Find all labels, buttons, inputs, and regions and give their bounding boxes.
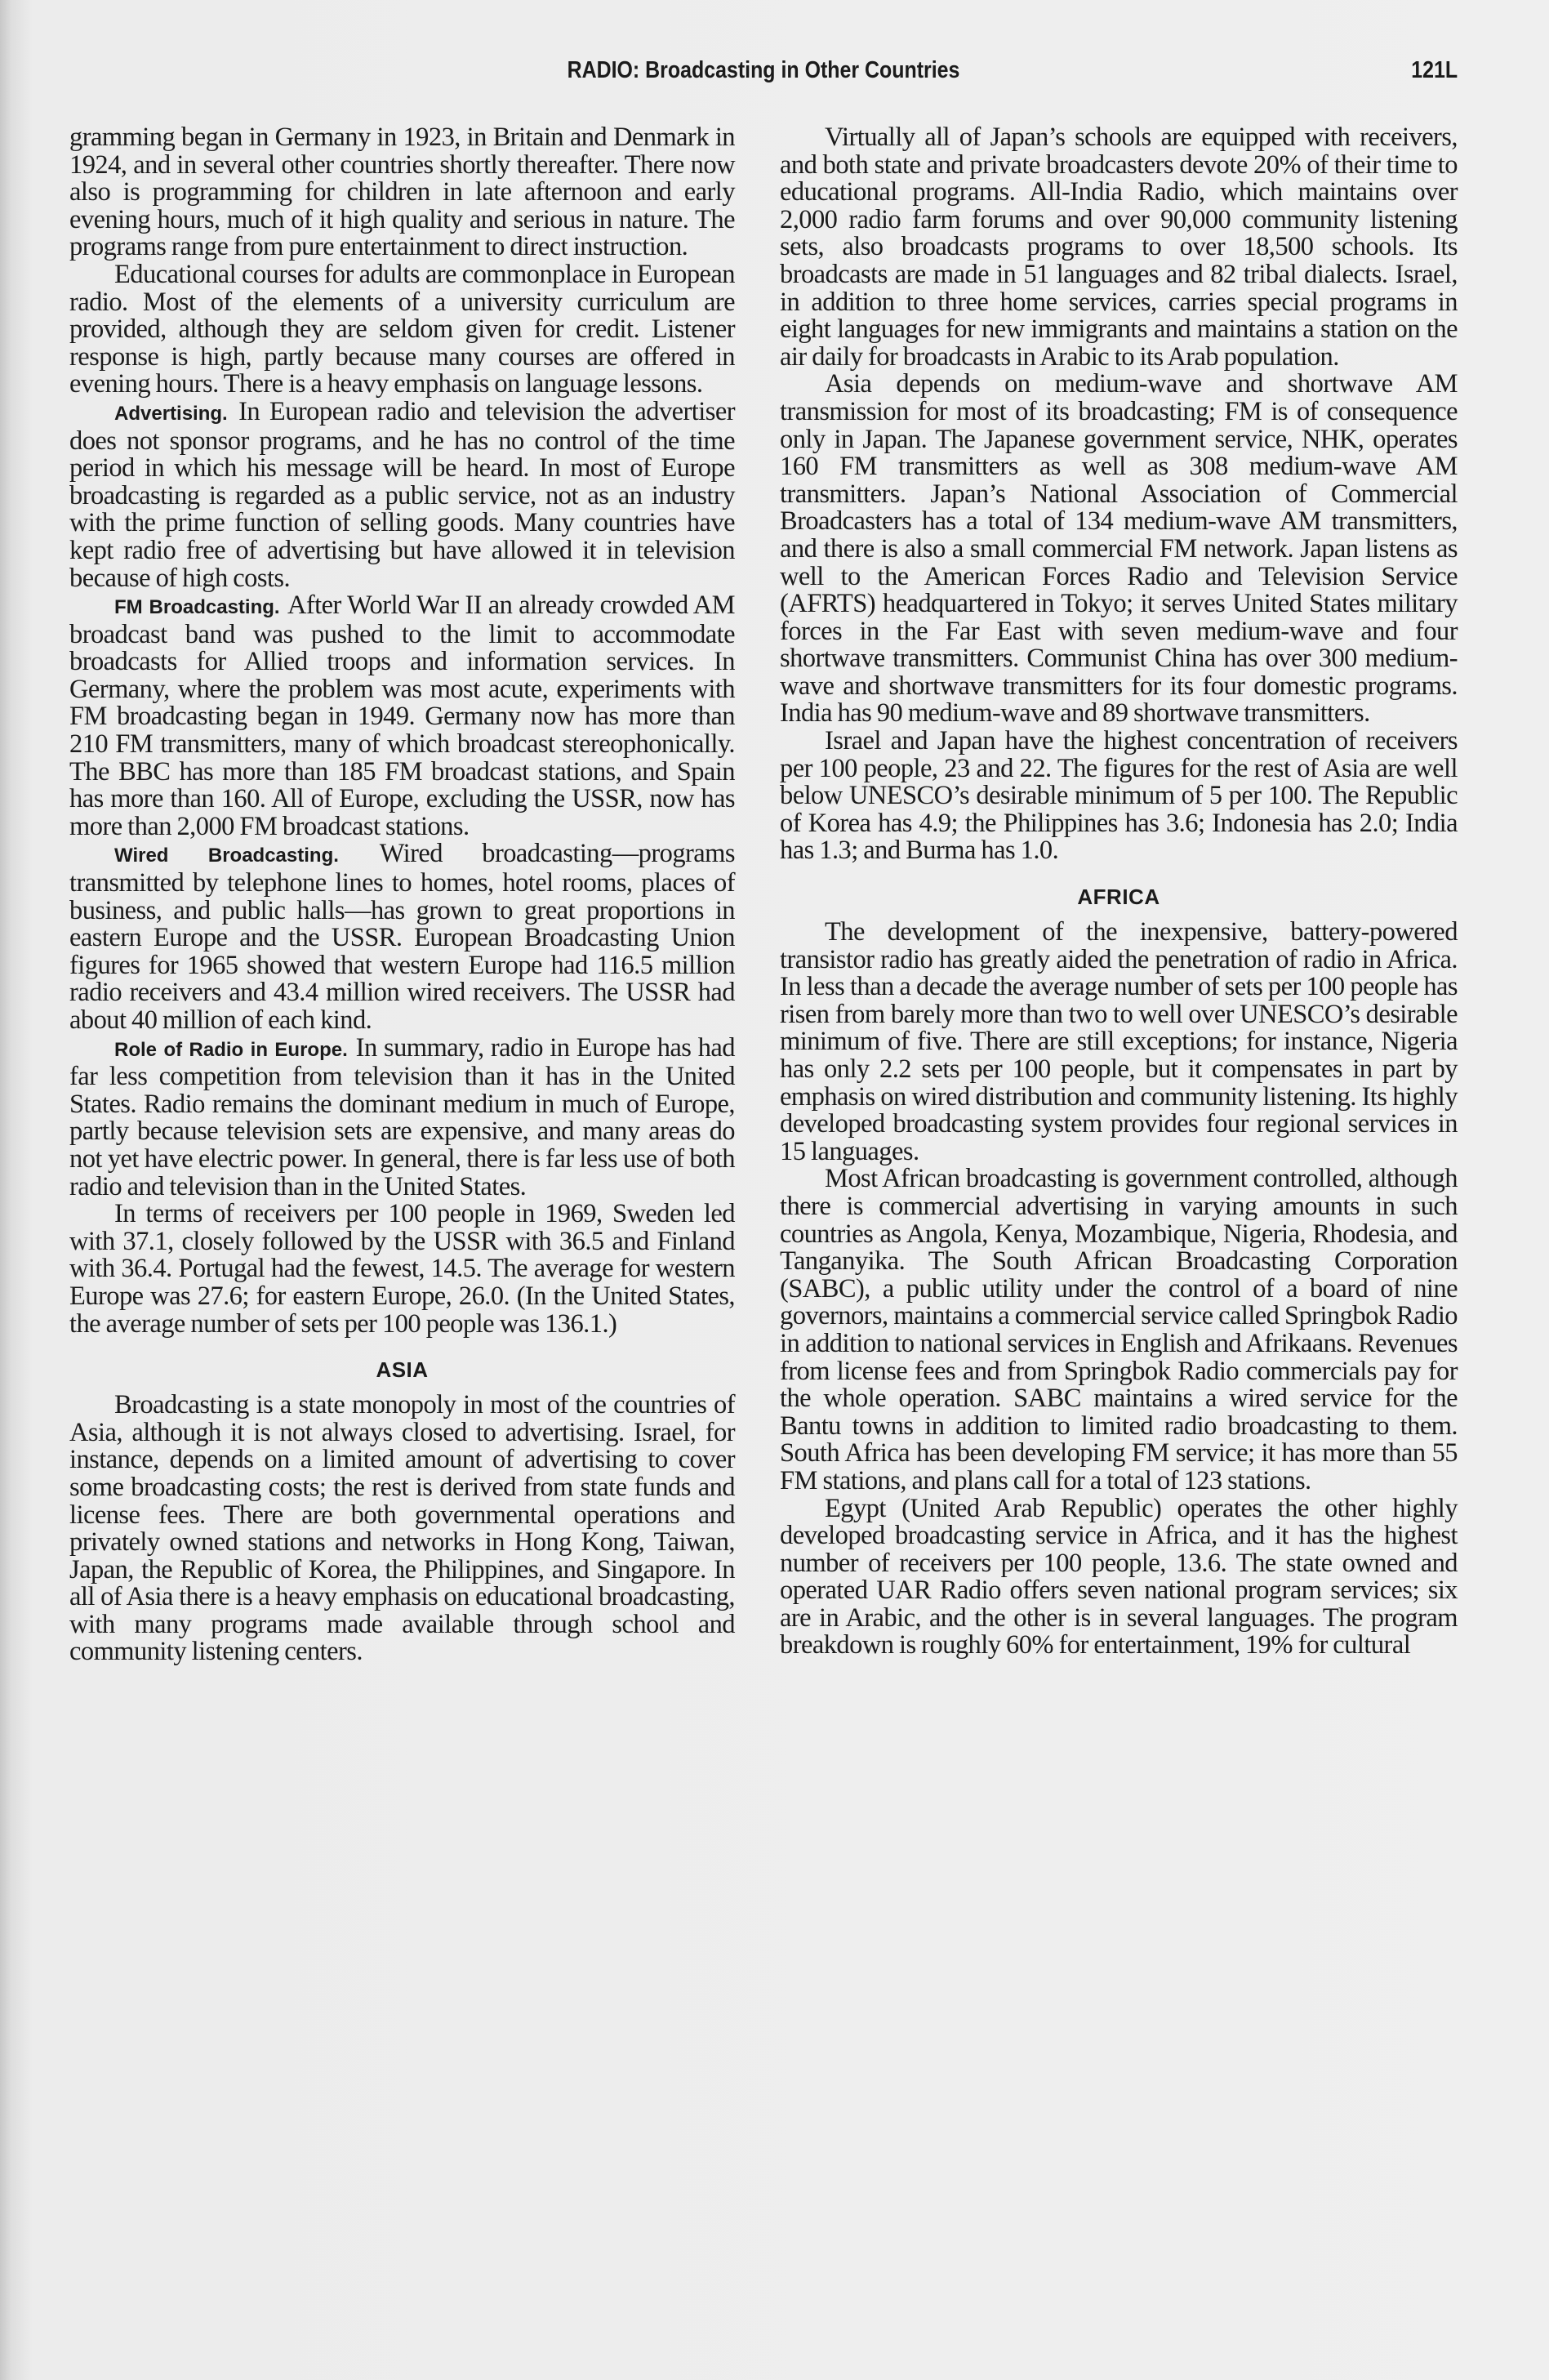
page-number: 121L (1411, 57, 1458, 84)
section-role-of-radio: Role of Radio in Europe. In summary, rad… (69, 1035, 735, 1201)
paragraph-programming-history: gramming began in Germany in 1923, in Br… (69, 124, 735, 261)
paragraph-asia-am-transmission: Asia depends on medium-wave and shortwav… (780, 371, 1458, 728)
side-heading-fm-broadcasting: FM Broadcasting. (114, 596, 280, 618)
paragraph-africa-government: Most African broadcasting is government … (780, 1165, 1458, 1495)
section-advertising: Advertising. In European radio and telev… (69, 399, 735, 592)
paragraph-receivers-per-100: In terms of receivers per 100 people in … (69, 1201, 735, 1338)
paragraph-asia-monopoly: Broadcasting is a state monopoly in most… (69, 1392, 735, 1666)
running-title: RADIO: Broadcasting in Other Countries (167, 57, 1360, 84)
paragraph-egypt: Egypt (United Arab Republic) operates th… (780, 1495, 1458, 1660)
side-heading-wired-broadcasting: Wired Broadcasting. (114, 845, 339, 867)
paragraph-africa-transistor: The development of the inexpensive, batt… (780, 919, 1458, 1165)
running-head: RADIO: Broadcasting in Other Countries 1… (69, 54, 1458, 90)
side-heading-role-of-radio: Role of Radio in Europe. (114, 1039, 348, 1061)
paragraph-japan-schools: Virtually all of Japan’s schools are equ… (780, 124, 1458, 371)
section-heading-asia: ASIA (69, 1356, 735, 1384)
right-column: Virtually all of Japan’s schools are equ… (780, 124, 1458, 1660)
paragraph-adult-education: Educational courses for adults are commo… (69, 261, 735, 399)
left-column: gramming began in Germany in 1923, in Br… (69, 124, 735, 1666)
side-heading-advertising: Advertising. (114, 403, 228, 425)
section-wired-broadcasting: Wired Broadcasting. Wired broadcasting—p… (69, 840, 735, 1034)
section-heading-africa: AFRICA (780, 883, 1458, 911)
paragraph-israel-japan-receivers: Israel and Japan have the highest concen… (780, 728, 1458, 865)
section-fm-broadcasting: FM Broadcasting. After World War II an a… (69, 592, 735, 840)
